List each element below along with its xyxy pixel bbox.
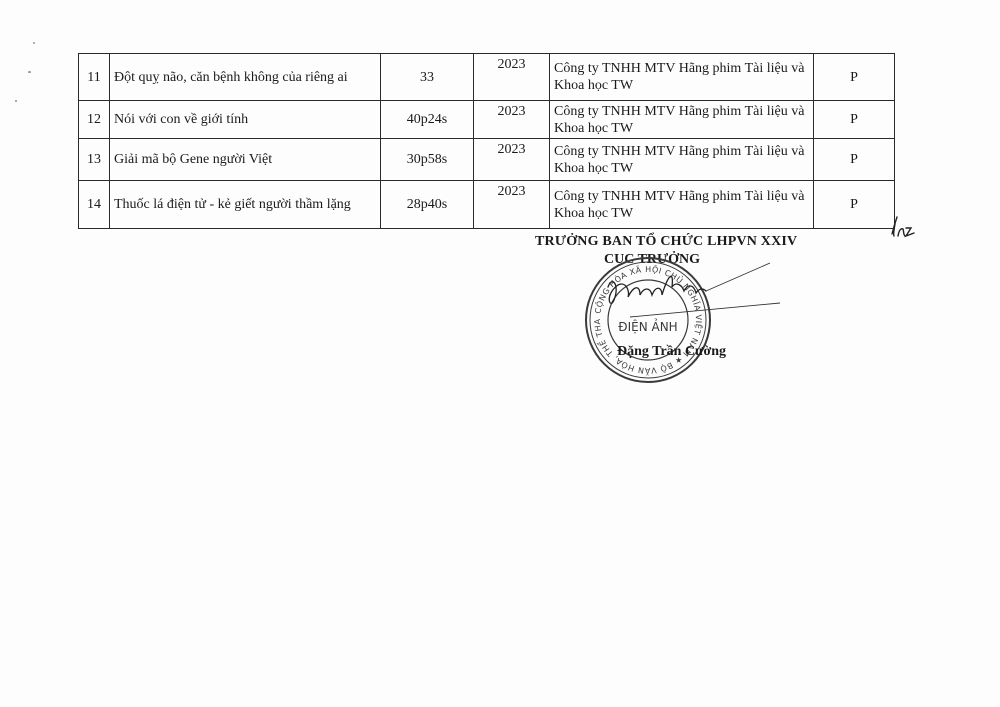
film-producer: Công ty TNHH MTV Hãng phim Tài liệu và K… <box>550 139 814 181</box>
film-producer: Công ty TNHH MTV Hãng phim Tài liệu và K… <box>550 101 814 139</box>
row-number: 11 <box>79 54 110 101</box>
film-year: 2023 <box>474 139 550 181</box>
film-duration: 40p24s <box>381 101 474 139</box>
handwritten-initials-icon <box>884 214 924 240</box>
film-year: 2023 <box>474 181 550 229</box>
film-duration: 28p40s <box>381 181 474 229</box>
film-title: Đột quỵ não, căn bệnh không của riêng ai <box>110 54 381 101</box>
signatory-title: TRƯỞNG BAN TỔ CHỨC LHPVN XXIV <box>535 234 797 250</box>
film-title: Nói với con về giới tính <box>110 101 381 139</box>
film-rating: P <box>814 54 895 101</box>
table-row: 12 Nói với con về giới tính 40p24s 2023 … <box>79 101 895 139</box>
table-row: 11 Đột quỵ não, căn bệnh không của riêng… <box>79 54 895 101</box>
row-number: 12 <box>79 101 110 139</box>
film-title: Giải mã bộ Gene người Việt <box>110 139 381 181</box>
film-duration: 30p58s <box>381 139 474 181</box>
film-year: 2023 <box>474 101 550 139</box>
signatory-name: Đặng Trần Cường <box>617 344 726 360</box>
film-rating: P <box>814 139 895 181</box>
row-number: 13 <box>79 139 110 181</box>
table-row: 13 Giải mã bộ Gene người Việt 30p58s 202… <box>79 139 895 181</box>
film-rating: P <box>814 181 895 229</box>
scan-speck <box>33 42 35 44</box>
film-duration: 33 <box>381 54 474 101</box>
row-number: 14 <box>79 181 110 229</box>
film-list-table: 11 Đột quỵ não, căn bệnh không của riêng… <box>78 53 895 229</box>
handwritten-signature-icon <box>590 255 790 335</box>
film-rating: P <box>814 101 895 139</box>
film-producer: Công ty TNHH MTV Hãng phim Tài liệu và K… <box>550 54 814 101</box>
film-producer: Công ty TNHH MTV Hãng phim Tài liệu và K… <box>550 181 814 229</box>
film-title: Thuốc lá điện tử - kẻ giết người thầm lặ… <box>110 181 381 229</box>
document-page: 11 Đột quỵ não, căn bệnh không của riêng… <box>0 0 1000 707</box>
scan-speck <box>28 71 31 73</box>
scan-speck <box>15 100 17 102</box>
film-year: 2023 <box>474 54 550 101</box>
table-row: 14 Thuốc lá điện tử - kẻ giết người thầm… <box>79 181 895 229</box>
